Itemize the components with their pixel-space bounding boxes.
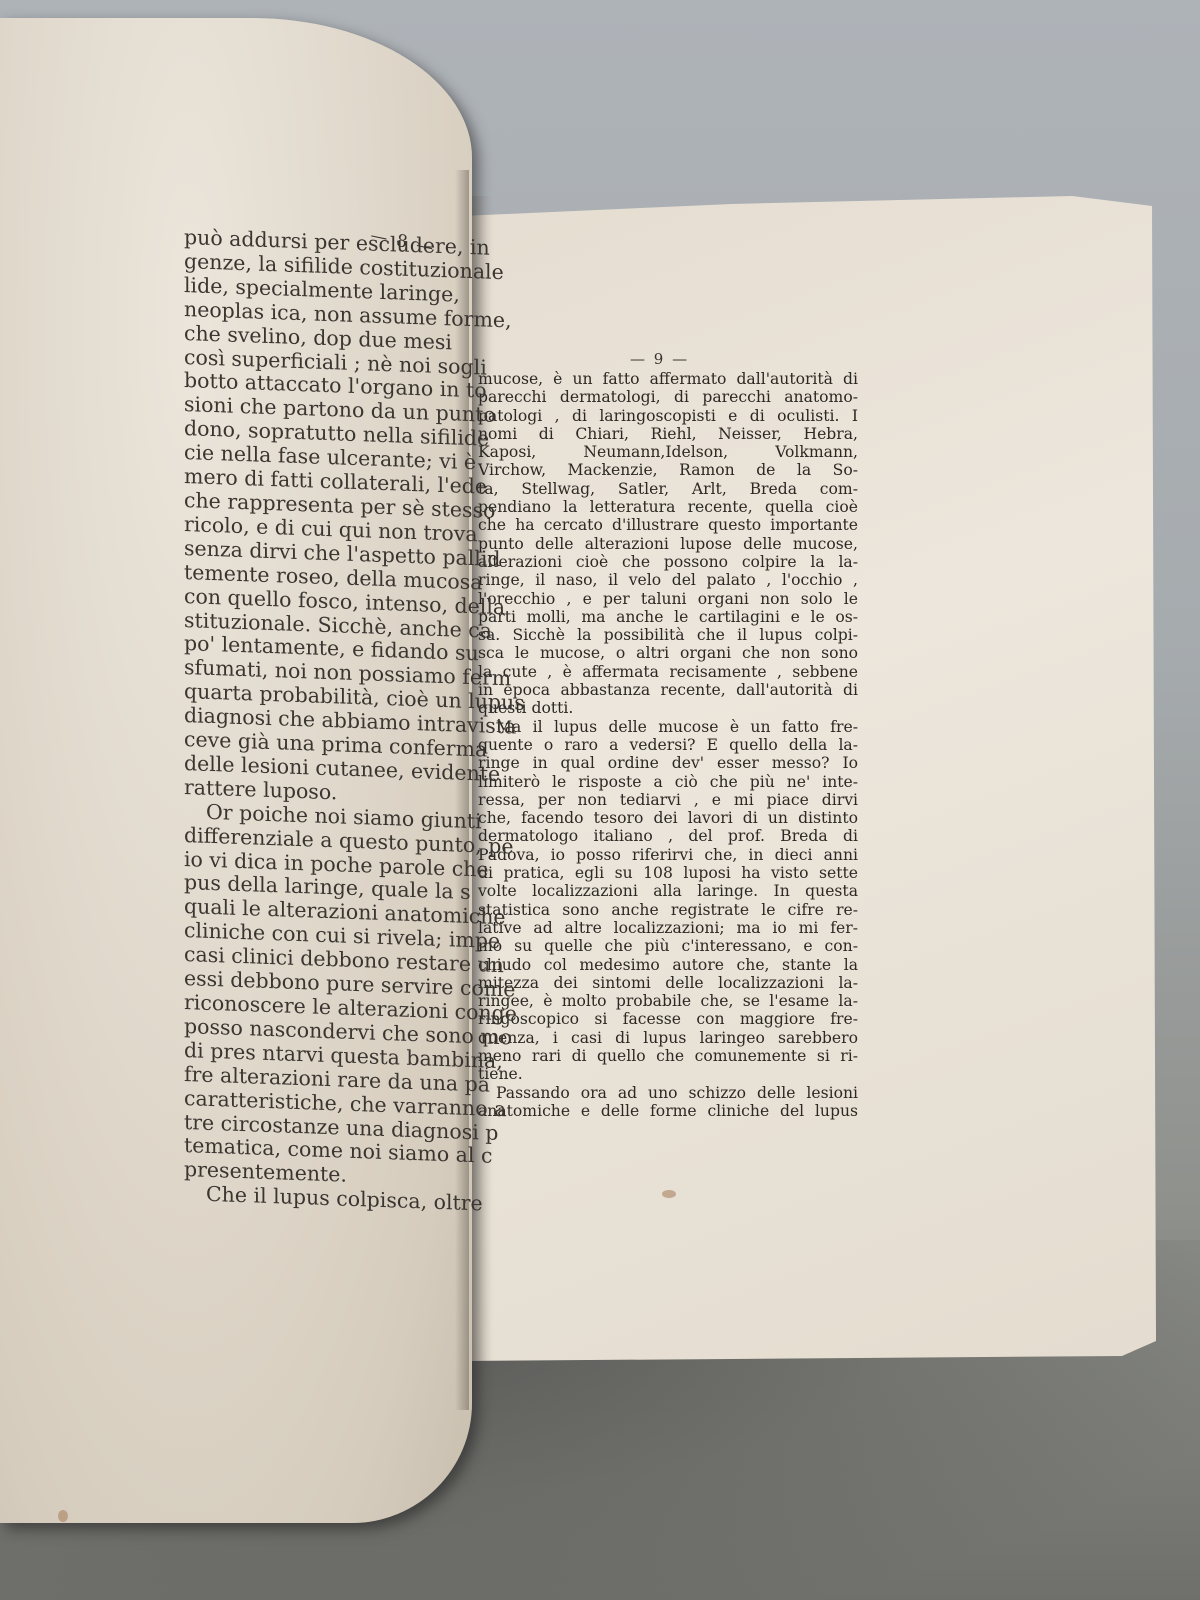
text-line: lative ad altre localizzazioni; ma io mi… xyxy=(478,919,858,937)
text-line: ringe, il naso, il velo del palato , l'o… xyxy=(478,571,858,589)
text-line: mitezza dei sintomi delle localizzazioni… xyxy=(478,974,858,992)
right-page-text: mucose, è un fatto affermato dall'autori… xyxy=(478,370,858,1120)
text-line: la cute , è affermata recisamente , sebb… xyxy=(478,663,858,681)
text-line: patologi , di laringoscopisti e di oculi… xyxy=(478,407,858,425)
text-line: dermatologo italiano , del prof. Breda d… xyxy=(478,827,858,845)
text-line: quente o raro a vedersi? E quello della … xyxy=(478,736,858,754)
text-line: limiterò le risposte a ciò che più ne' i… xyxy=(478,773,858,791)
text-line: Passando ora ad uno schizzo delle lesion… xyxy=(478,1084,858,1102)
text-line: di pratica, egli su 108 luposi ha visto … xyxy=(478,864,858,882)
left-page-text: può addursi per escludere, in genze, la … xyxy=(184,226,525,1218)
text-line: Kaposi, Neumann,Idelson, Volkmann, xyxy=(478,443,858,461)
text-line: anatomiche e delle forme cliniche del lu… xyxy=(478,1102,858,1120)
text-line: parti molli, ma anche le cartilagini e l… xyxy=(478,608,858,626)
text-line: Padova, io posso riferirvi che, in dieci… xyxy=(478,846,858,864)
text-line: ringoscopico si facesse con maggiore fre… xyxy=(478,1010,858,1028)
text-line: Ma il lupus delle mucose è un fatto fre- xyxy=(478,718,858,736)
text-line: punto delle alterazioni lupose delle muc… xyxy=(478,535,858,553)
text-line: quenza, i casi di lupus laringeo sarebbe… xyxy=(478,1029,858,1047)
text-line: che, facendo tesoro dei lavori di un dis… xyxy=(478,809,858,827)
text-line: meno rari di quello che comunemente si r… xyxy=(478,1047,858,1065)
text-line: questi dotti. xyxy=(478,699,858,717)
text-line: ressa, per non tediarvi , e mi piace dir… xyxy=(478,791,858,809)
text-line: volte localizzazioni alla laringe. In qu… xyxy=(478,882,858,900)
text-line: sca le mucose, o altri organi che non so… xyxy=(478,644,858,662)
text-line: pendiano la letteratura recente, quella … xyxy=(478,498,858,516)
text-line: Virchow, Mackenzie, Ramon de la So- xyxy=(478,461,858,479)
right-page-number: — 9 — xyxy=(630,350,689,368)
paper-stain xyxy=(662,1190,676,1198)
text-line: che ha cercato d'illustrare questo impor… xyxy=(478,516,858,534)
text-line: ta, Stellwag, Satler, Arlt, Breda com- xyxy=(478,480,858,498)
text-line: ringe in qual ordine dev' esser messo? I… xyxy=(478,754,858,772)
text-line: mucose, è un fatto affermato dall'autori… xyxy=(478,370,858,388)
text-line: parecchi dermatologi, di parecchi anatom… xyxy=(478,388,858,406)
text-line: l'orecchio , e per taluni organi non sol… xyxy=(478,590,858,608)
text-line: ringee, è molto probabile che, se l'esam… xyxy=(478,992,858,1010)
text-line: alterazioni cioè che possono colpire la … xyxy=(478,553,858,571)
text-line: tiene. xyxy=(478,1065,858,1083)
paper-stain xyxy=(58,1510,68,1522)
text-line: statistica sono anche registrate le cifr… xyxy=(478,901,858,919)
text-line: in epoca abbastanza recente, dall'autori… xyxy=(478,681,858,699)
text-line: nomi di Chiari, Riehl, Neisser, Hebra, xyxy=(478,425,858,443)
text-line: mo su quelle che più c'interessano, e co… xyxy=(478,937,858,955)
text-line: chiudo col medesimo autore che, stante l… xyxy=(478,956,858,974)
text-line: sa. Sicchè la possibilità che il lupus c… xyxy=(478,626,858,644)
